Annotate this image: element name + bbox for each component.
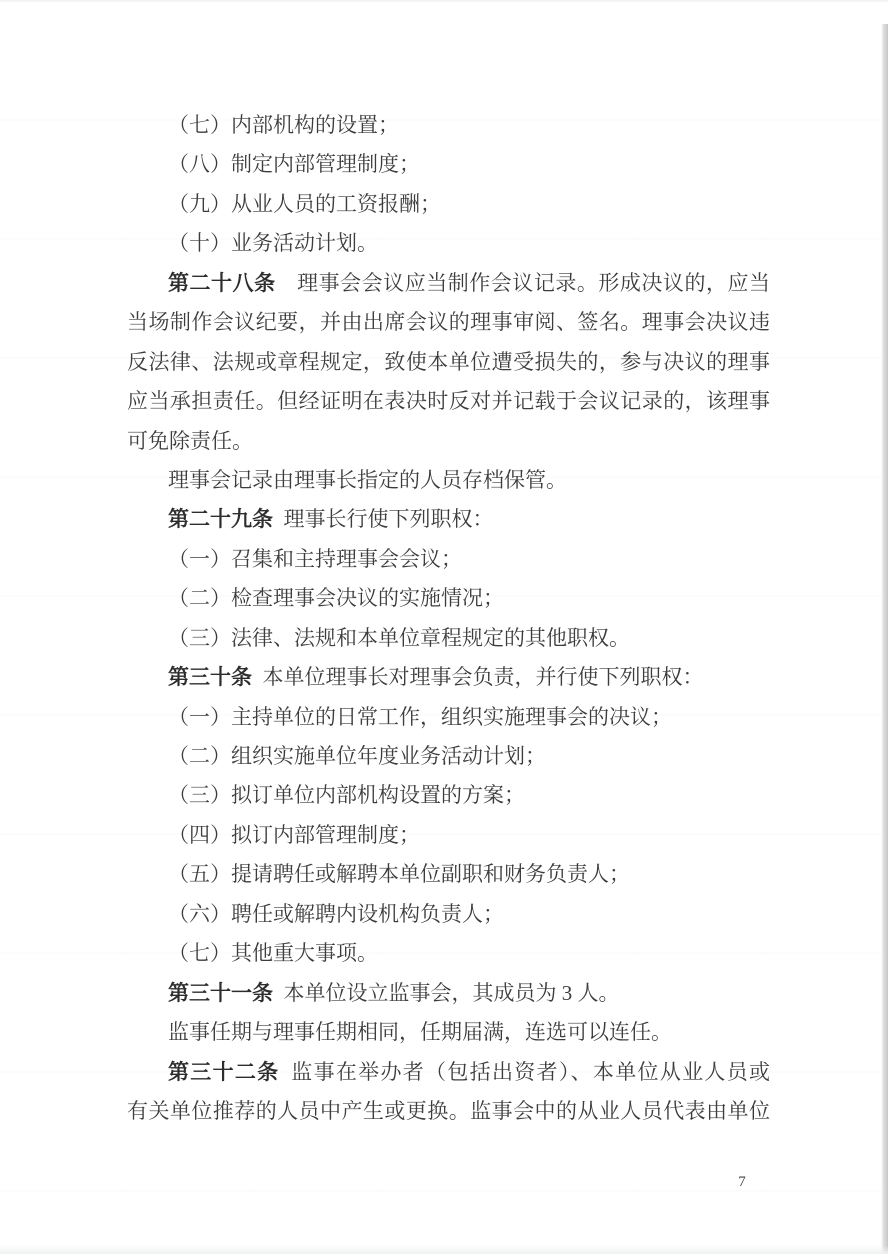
list-item: （五）提请聘任或解聘本单位副职和财务负责人；	[127, 855, 770, 894]
page-bottom-edge	[0, 1245, 888, 1254]
line-text: 理事长行使下列职权：	[273, 507, 494, 531]
list-item: （二）检查理事会决议的实施情况；	[127, 579, 770, 618]
page-number: 7	[728, 1170, 756, 1194]
article-line: 第二十八条 理事会会议应当制作会议记录。形成决议的，应当	[127, 264, 770, 303]
line-text: （八）制定内部管理制度；	[168, 152, 420, 176]
line-text: （七）其他重大事项。	[168, 941, 378, 965]
line-text: （七）内部机构的设置；	[168, 113, 399, 137]
page-right-edge	[881, 24, 888, 1254]
list-item: （十）业务活动计划。	[127, 224, 770, 263]
line-text: （三）拟订单位内部机构设置的方案；	[168, 783, 525, 807]
text-line: 反法律、法规或章程规定，致使本单位遭受损失的，参与决议的理事	[127, 343, 770, 382]
list-item: （七）其他重大事项。	[127, 934, 770, 973]
line-text: 当场制作会议纪要，并由出席会议的理事审阅、签名。理事会决议违	[127, 310, 770, 334]
text-line: 有关单位推荐的人员中产生或更换。监事会中的从业人员代表由单位	[127, 1092, 770, 1131]
document-text: （七）内部机构的设置； （八）制定内部管理制度； （九）从业人员的工资报酬； （…	[127, 106, 770, 1131]
line-text: 监事在举办者（包括出资者）、本单位从业人员或	[279, 1060, 770, 1084]
line-text: （六）聘任或解聘内设机构负责人；	[168, 902, 504, 926]
line-text: 理事会记录由理事长指定的人员存档保管。	[168, 468, 567, 492]
text-line: 理事会记录由理事长指定的人员存档保管。	[127, 461, 770, 500]
text-line: 当场制作会议纪要，并由出席会议的理事审阅、签名。理事会决议违	[127, 303, 770, 342]
list-item: （三）法律、法规和本单位章程规定的其他职权。	[127, 619, 770, 658]
list-item: （九）从业人员的工资报酬；	[127, 185, 770, 224]
article-number: 第三十条	[168, 665, 252, 689]
text-line: 应当承担责任。但经证明在表决时反对并记载于会议记录的，该理事	[127, 382, 770, 421]
list-item: （七）内部机构的设置；	[127, 106, 770, 145]
line-text: 理事会会议应当制作会议记录。形成决议的，应当	[276, 271, 770, 295]
article-number: 第三十二条	[168, 1060, 279, 1084]
article-line: 第三十条 本单位理事长对理事会负责，并行使下列职权：	[127, 658, 770, 697]
list-item: （三）拟订单位内部机构设置的方案；	[127, 776, 770, 815]
line-text: （五）提请聘任或解聘本单位副职和财务负责人；	[168, 862, 630, 886]
line-text: 有关单位推荐的人员中产生或更换。监事会中的从业人员代表由单位	[127, 1099, 770, 1123]
article-number: 第三十一条	[168, 981, 273, 1005]
list-item: （四）拟订内部管理制度；	[127, 816, 770, 855]
list-item: （一）主持单位的日常工作，组织实施理事会的决议；	[127, 698, 770, 737]
line-text: （二）检查理事会决议的实施情况；	[168, 586, 504, 610]
line-text: 本单位理事长对理事会负责，并行使下列职权：	[252, 665, 704, 689]
line-text: （九）从业人员的工资报酬；	[168, 192, 441, 216]
article-number: 第二十八条	[168, 271, 276, 295]
line-text: （三）法律、法规和本单位章程规定的其他职权。	[168, 626, 630, 650]
article-line: 第三十二条 监事在举办者（包括出资者）、本单位从业人员或	[127, 1053, 770, 1092]
line-text: 反法律、法规或章程规定，致使本单位遭受损失的，参与决议的理事	[127, 350, 770, 374]
line-text: 本单位设立监事会，其成员为 3 人。	[273, 981, 620, 1005]
page-top-edge	[0, 0, 888, 3]
line-text: （四）拟订内部管理制度；	[168, 823, 420, 847]
text-line: 监事任期与理事任期相同，任期届满，连选可以连任。	[127, 1013, 770, 1052]
list-item: （八）制定内部管理制度；	[127, 145, 770, 184]
line-text: （二）组织实施单位年度业务活动计划；	[168, 744, 546, 768]
line-text: 可免除责任。	[127, 429, 253, 453]
line-text: （一）主持单位的日常工作，组织实施理事会的决议；	[168, 705, 672, 729]
article-line: 第二十九条 理事长行使下列职权：	[127, 500, 770, 539]
list-item: （二）组织实施单位年度业务活动计划；	[127, 737, 770, 776]
document-page: （七）内部机构的设置； （八）制定内部管理制度； （九）从业人员的工资报酬； （…	[0, 0, 888, 1254]
article-line: 第三十一条 本单位设立监事会，其成员为 3 人。	[127, 974, 770, 1013]
list-item: （一）召集和主持理事会会议；	[127, 540, 770, 579]
list-item: （六）聘任或解聘内设机构负责人；	[127, 895, 770, 934]
line-text: 监事任期与理事任期相同，任期届满，连选可以连任。	[168, 1020, 672, 1044]
text-line: 可免除责任。	[127, 422, 770, 461]
line-text: 应当承担责任。但经证明在表决时反对并记载于会议记录的，该理事	[127, 389, 770, 413]
article-number: 第二十九条	[168, 507, 273, 531]
line-text: （十）业务活动计划。	[168, 231, 378, 255]
line-text: （一）召集和主持理事会会议；	[168, 547, 462, 571]
